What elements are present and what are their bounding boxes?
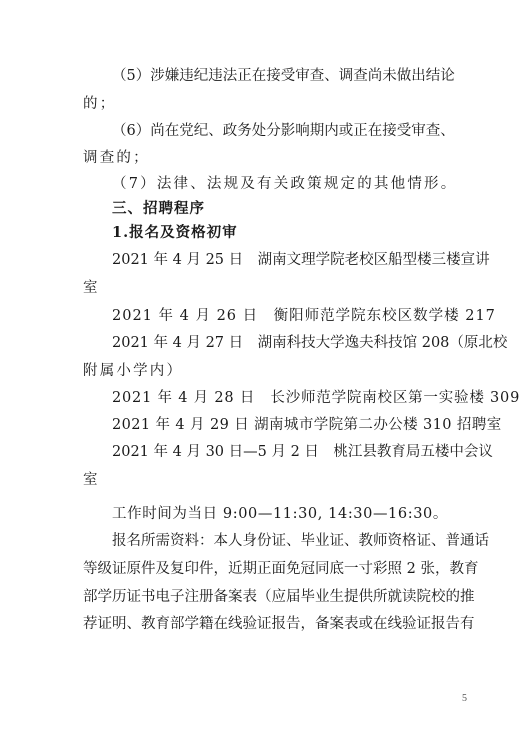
text-line: 2021 年 4 月 30 日—5 月 2 日 桃江县教育局五楼中会议 bbox=[112, 442, 445, 462]
text-line: 部学历证书电子注册备案表（应届毕业生提供所就读院校的推 bbox=[83, 587, 445, 607]
text-line: （7）法律、法规及有关政策规定的其他情形。 bbox=[112, 174, 445, 194]
text-line: 附属小学内） bbox=[83, 361, 445, 381]
text-line: 室 bbox=[83, 278, 445, 298]
section-heading: 三、招聘程序 bbox=[112, 199, 445, 219]
text-line: 调查的； bbox=[83, 148, 445, 168]
text-line: 2021 年 4 月 29 日 湖南城市学院第二办公楼 310 招聘室 bbox=[112, 415, 445, 435]
text-line: 的； bbox=[83, 94, 445, 114]
subsection-heading: 1.报名及资格初审 bbox=[112, 223, 445, 243]
page-number: 5 bbox=[462, 693, 467, 704]
text-line: 2021 年 4 月 26 日 衡阳师范学院东校区数学楼 217 bbox=[112, 306, 445, 326]
text-line: 荐证明、教育部学籍在线验证报告，备案表或在线验证报告有 bbox=[83, 614, 445, 634]
text-line: 等级证原件及复印件，近期正面免冠同底一寸彩照 2 张，教育 bbox=[83, 559, 445, 579]
text-line: 工作时间为当日 9:00—11:30, 14:30—16:30。 bbox=[112, 504, 445, 524]
text-line: 2021 年 4 月 25 日 湖南文理学院老校区船型楼三楼宣讲 bbox=[112, 250, 445, 270]
text-line: （6）尚在党纪、政务处分影响期内或正在接受审查、 bbox=[112, 121, 445, 141]
text-line: 报名所需资料：本人身份证、毕业证、教师资格证、普通话 bbox=[112, 531, 445, 551]
text-line: 室 bbox=[83, 470, 445, 490]
text-line: （5）涉嫌违纪违法正在接受审查、调查尚未做出结论 bbox=[112, 66, 445, 86]
document-page: （5）涉嫌违纪违法正在接受审查、调查尚未做出结论 的； （6）尚在党纪、政务处分… bbox=[0, 0, 531, 751]
text-line: 2021 年 4 月 27 日 湖南科技大学逸夫科技馆 208（原北校 bbox=[112, 333, 445, 353]
text-line: 2021 年 4 月 28 日 长沙师范学院南校区第一实验楼 309 bbox=[112, 388, 445, 408]
